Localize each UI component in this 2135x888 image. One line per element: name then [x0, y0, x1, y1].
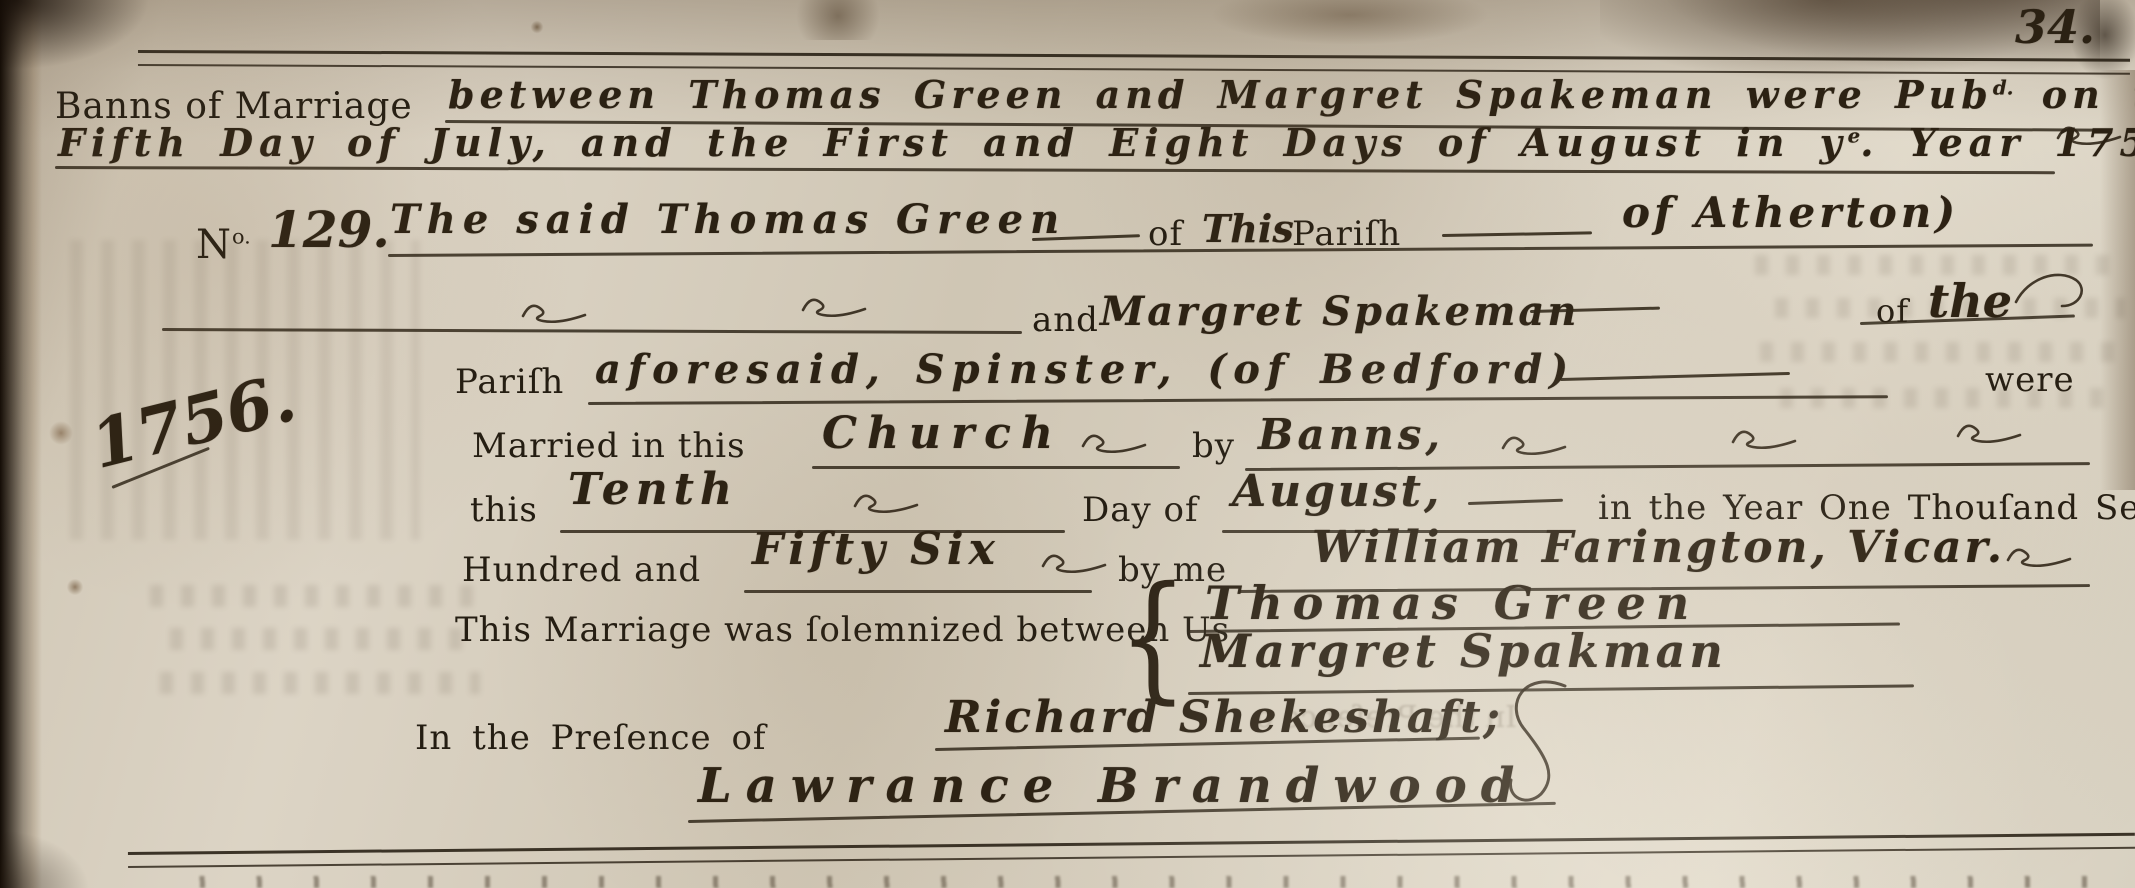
married-in-this-label: Married in this — [472, 426, 746, 466]
parish-register-page: In the Preſence o 34. Banns of Marriage … — [0, 0, 2135, 888]
hundred-and-label: Hundred and — [462, 550, 701, 590]
clipped-next-entry-text — [180, 876, 2135, 888]
groom-parish-hand: of Atherton) — [1622, 188, 1959, 237]
by-label: by — [1192, 426, 1235, 466]
fill-dash — [1442, 231, 1592, 237]
stain — [790, 0, 910, 40]
book-gutter-shadow — [0, 0, 42, 888]
flourish-mark — [1730, 422, 1800, 456]
fill-dash — [1468, 499, 1563, 505]
this-parish-hand: This — [1202, 206, 1294, 251]
stain — [530, 20, 544, 34]
were-label: were — [1985, 360, 2075, 400]
bleed-through-text — [170, 628, 470, 650]
marriage-place-hand: Church — [822, 408, 1063, 459]
marriage-month-hand: August, — [1232, 466, 1442, 517]
bottom-double-rule — [128, 833, 2135, 868]
bleed-through-text — [160, 672, 480, 694]
ruled-line — [55, 166, 2055, 174]
flourish-mark — [1080, 426, 1150, 460]
presence-label: In the Preſence of — [415, 718, 767, 758]
and-label: and — [1032, 300, 1099, 340]
this-label: this — [470, 490, 538, 530]
banns-line1: between Thomas Green and Margret Spakema… — [448, 72, 2135, 117]
bride-clause-hand: aforesaid, Spinster, (of Bedford) — [595, 346, 1575, 393]
marriage-method-hand: Banns, — [1258, 410, 1444, 459]
bride-signature: Margret Spakman — [1200, 624, 1727, 678]
flourish-mark — [1500, 428, 1570, 462]
ruled-line — [744, 590, 1092, 593]
entry-number-letter: N — [196, 222, 232, 268]
flourish-mark — [2010, 262, 2090, 326]
banns-line1-text: between Thomas Green and Margret Spakema… — [448, 72, 1993, 117]
parish-label: Pariſh — [455, 362, 564, 402]
ruled-line — [812, 466, 1180, 469]
ruled-line — [588, 395, 1888, 405]
banns-line2-superscript: e — [1848, 123, 1861, 147]
banns-line2-text: Fifth Day of July, and the First and Eig… — [58, 120, 1848, 165]
page-number: 34. — [2015, 0, 2095, 54]
of-label: of — [1876, 292, 1909, 330]
solemnized-label: This Marriage was ſolemnized between Us — [455, 610, 1230, 650]
flourish-mark — [2055, 118, 2125, 152]
stain — [66, 578, 84, 596]
entry-number-label: No. — [196, 222, 251, 268]
bleed-through-text — [150, 585, 480, 607]
signature-brace: { — [1118, 568, 1188, 706]
flourish-mark — [2005, 540, 2075, 574]
flourish-mark — [1040, 546, 1110, 580]
banns-line1-superscript: d. — [1993, 75, 2014, 99]
ruled-line — [162, 328, 1022, 334]
marriage-day-hand: Tenth — [568, 464, 738, 515]
stain — [48, 420, 74, 446]
day-of-label: Day of — [1082, 490, 1199, 530]
margin-year: 1756. — [84, 358, 303, 484]
officiant-signature: William Farington, Vicar. — [1312, 522, 2005, 573]
entry-number-superscript: o. — [232, 225, 251, 249]
groom-clause: The said Thomas Green — [390, 196, 1066, 243]
flourish-mark — [852, 486, 922, 520]
fill-dash — [1560, 372, 1790, 381]
flourish-mark — [800, 290, 870, 324]
banns-line2: Fifth Day of July, and the First and Eig… — [58, 120, 2135, 165]
bride-name-hand: Margret Spakeman — [1100, 288, 1579, 335]
stain — [1210, 0, 1490, 45]
flourish-mark — [1955, 416, 2025, 450]
top-double-rule — [138, 50, 2130, 75]
of-label: of — [1148, 214, 1183, 254]
witness1-signature: Richard Shekeshaft; — [945, 692, 1503, 743]
banns-line1-tail: on the Twenty — [2014, 72, 2135, 117]
bleed-through-text — [1760, 342, 2120, 362]
year-tail-hand: Fifty Six — [752, 524, 1000, 575]
entry-number-value: 129. — [268, 200, 390, 259]
flourish-mark — [520, 296, 590, 330]
groom-signature: Thomas Green — [1205, 576, 1699, 630]
